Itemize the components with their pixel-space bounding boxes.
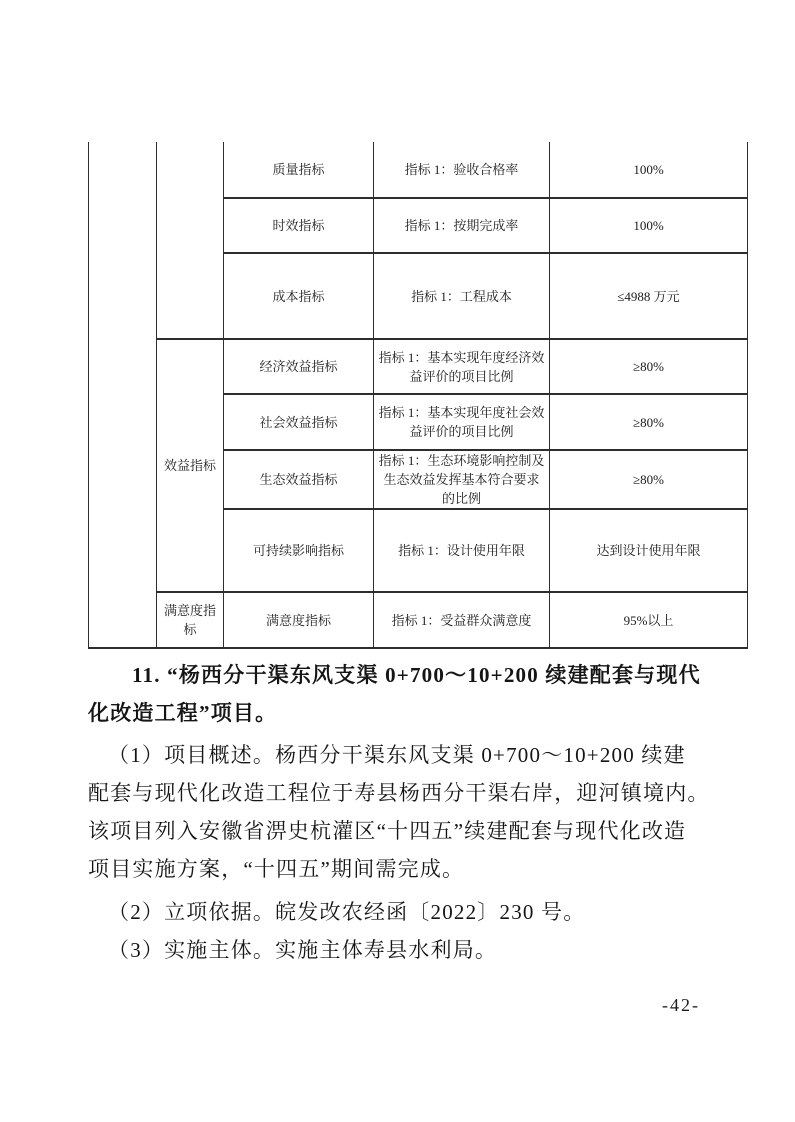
table-cell-satisfaction-group: 满意度指 标 [157, 592, 224, 648]
paragraph-approval-basis: （2）立项依据。皖发改农经函〔2022〕230 号。 [88, 893, 728, 931]
table-cell-category: 可持续影响指标 [224, 509, 374, 592]
paragraph-line: 该项目列入安徽省淠史杭灌区“十四五”续建配套与现代化改造 [88, 812, 728, 850]
paragraph-line: （2）立项依据。皖发改农经函〔2022〕230 号。 [88, 893, 728, 931]
performance-indicators-table: 质量指标 指标 1：验收合格率 100% 时效指标 指标 1：按期完成率 100… [88, 142, 748, 649]
table-cell-target: ≥80% [550, 450, 748, 509]
table-cell-target: 95%以上 [550, 592, 748, 648]
table-cell-continued-subgroup [157, 142, 224, 339]
table-cell-benefit-group: 效益指标 [157, 339, 224, 592]
body-text: 11. “杨西分干渠东风支渠 0+700～10+200 续建配套与现代 化改造工… [88, 656, 728, 969]
table-cell-category: 质量指标 [224, 142, 374, 198]
section-heading-line-2: 化改造工程”项目。 [88, 694, 728, 732]
table-cell-target: 达到设计使用年限 [550, 509, 748, 592]
table-cell-indicator: 指标 1：基本实现年度经济效 益评价的项目比例 [374, 339, 550, 394]
paragraph-implementing-body: （3）实施主体。实施主体寿县水利局。 [88, 931, 728, 969]
table-cell-target: ≥80% [550, 339, 748, 394]
table-cell-category: 生态效益指标 [224, 450, 374, 509]
paragraph-overview: （1）项目概述。杨西分干渠东风支渠 0+700～10+200 续建 配套与现代化… [88, 736, 728, 888]
table-cell-category: 时效指标 [224, 198, 374, 253]
table-cell-target: 100% [550, 198, 748, 253]
table-cell-continued-group [89, 142, 157, 648]
table-cell-indicator: 指标 1：工程成本 [374, 253, 550, 339]
table-cell-indicator: 指标 1：设计使用年限 [374, 509, 550, 592]
table-row: 质量指标 指标 1：验收合格率 100% [89, 142, 748, 198]
table-row: 效益指标 经济效益指标 指标 1：基本实现年度经济效 益评价的项目比例 ≥80% [89, 339, 748, 394]
table-cell-category: 成本指标 [224, 253, 374, 339]
table-cell-indicator: 指标 1：基本实现年度社会效 益评价的项目比例 [374, 394, 550, 450]
table-cell-category: 满意度指标 [224, 592, 374, 648]
table-row: 满意度指 标 满意度指标 指标 1：受益群众满意度 95%以上 [89, 592, 748, 648]
table-cell-indicator: 指标 1：受益群众满意度 [374, 592, 550, 648]
section-heading-line-1: 11. “杨西分干渠东风支渠 0+700～10+200 续建配套与现代 [88, 656, 728, 694]
paragraph-line: （3）实施主体。实施主体寿县水利局。 [88, 931, 728, 969]
table-cell-category: 经济效益指标 [224, 339, 374, 394]
page-number: -42- [662, 995, 700, 1016]
table-cell-indicator: 指标 1：按期完成率 [374, 198, 550, 253]
document-page: 质量指标 指标 1：验收合格率 100% 时效指标 指标 1：按期完成率 100… [0, 0, 795, 1122]
paragraph-line: 配套与现代化改造工程位于寿县杨西分干渠右岸，迎河镇境内。 [88, 774, 728, 812]
table-cell-target: 100% [550, 142, 748, 198]
table-cell-indicator: 指标 1：验收合格率 [374, 142, 550, 198]
paragraph-line: 项目实施方案，“十四五”期间需完成。 [88, 850, 728, 888]
table-cell-indicator: 指标 1：生态环境影响控制及 生态效益发挥基本符合要求 的比例 [374, 450, 550, 509]
table-cell-category: 社会效益指标 [224, 394, 374, 450]
table-cell-target: ≥80% [550, 394, 748, 450]
paragraph-line: （1）项目概述。杨西分干渠东风支渠 0+700～10+200 续建 [88, 736, 728, 774]
table-cell-target: ≤4988 万元 [550, 253, 748, 339]
